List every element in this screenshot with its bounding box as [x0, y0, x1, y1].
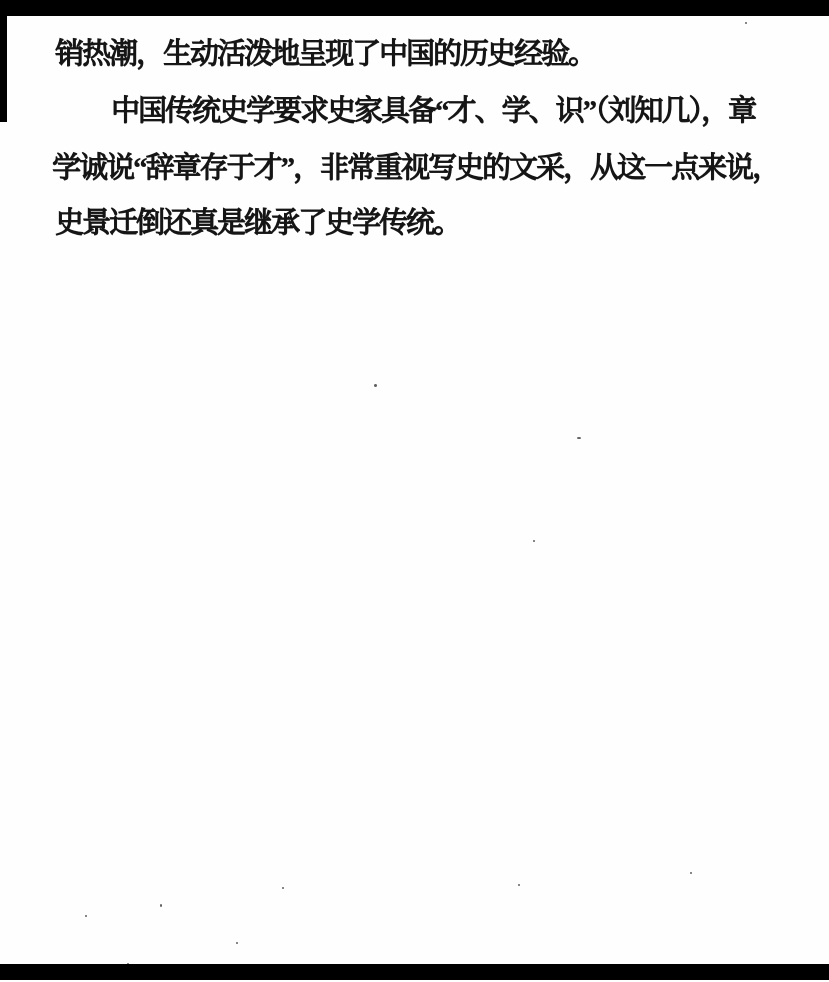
scan-speck — [577, 437, 581, 439]
scan-speck — [282, 887, 284, 889]
scan-speck — [160, 904, 162, 907]
scan-speck — [518, 884, 520, 886]
text-line: 中国传统史学要求史家具备“才、学、识”（刘知几），章 — [111, 88, 755, 129]
scan-speck — [745, 22, 747, 24]
text-line: 学诚说“辞章存于才”，非常重视写史的文采，从这一点来说， — [52, 145, 779, 186]
scan-speck — [690, 872, 692, 874]
scan-speck — [236, 942, 238, 944]
scan-speck — [533, 540, 535, 542]
scan-speck — [85, 915, 87, 917]
scan-artifact-left-strip — [0, 0, 7, 122]
text-line: 史景迁倒还真是继承了史学传统。 — [55, 200, 460, 241]
scanned-book-page: 销热潮，生动活泼地呈现了中国的历史经验。 中国传统史学要求史家具备“才、学、识”… — [0, 0, 829, 982]
scan-speck — [374, 384, 377, 387]
scan-artifact-bottom-bar — [0, 964, 829, 980]
scan-artifact-top-bar — [0, 0, 829, 16]
text-line: 销热潮，生动活泼地呈现了中国的历史经验。 — [55, 31, 595, 72]
